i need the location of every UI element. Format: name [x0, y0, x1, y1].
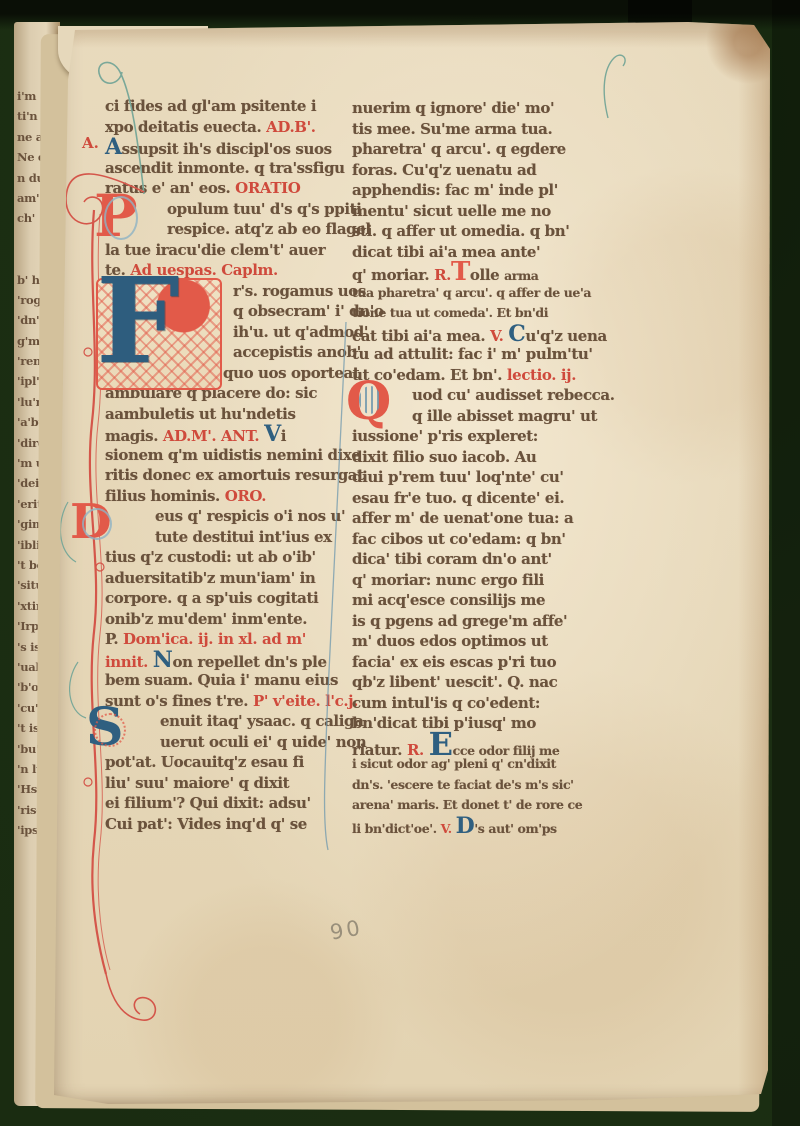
red-curl-dot [84, 348, 92, 356]
body-text: magis. [105, 427, 163, 445]
initial-letter: D [456, 813, 475, 839]
body-text: q' moriar: nunc ergo fili [352, 571, 544, 589]
body-text: enuit itaq' ysaac. q caliga [160, 712, 363, 730]
text-line: cum intul'is q co'edent: [352, 693, 608, 714]
rubric-text: V. [441, 821, 456, 836]
body-text: cat tibi ai'a mea. [352, 327, 490, 345]
body-text: eus q' respicis o'i nos u' [155, 507, 345, 525]
text-line: ei filium'? Qui dixit: adsu' [105, 793, 351, 814]
body-text: foras. Cu'q'z uenatu ad [352, 161, 536, 179]
body-text: uerut oculi ei' q uide' non [160, 733, 366, 751]
body-text: mentu' sicut uelle me no [352, 202, 551, 220]
margin-mark: A. [82, 134, 99, 152]
body-text: on repellet dn's ple [173, 653, 327, 671]
text-line: is q pgens ad grege'm affe' [352, 611, 608, 632]
body-text: dn's. 'escere te faciat de's m's sic' [352, 777, 574, 792]
red-curl-dot [96, 563, 104, 571]
text-line: aduersitatib'z mun'iam' in [105, 568, 351, 589]
rubric-text: P' v'eite. l'c.j. [253, 692, 358, 710]
body-text: q' moriar. [352, 266, 434, 284]
photo-background: i'mti'nne abNe co'n du'am'ch'b' ho''rogi… [0, 0, 800, 1126]
text-line: dixit filio suo iacob. Au [352, 447, 608, 468]
text-line: bem suam. Quia i' manu eius [105, 670, 351, 691]
body-text: ei filium'? Qui dixit: adsu' [105, 794, 311, 812]
text-line: tione tua ut comeda'. Et bn'di [352, 303, 608, 324]
body-text: mi acq'esce consilijs me [352, 591, 545, 609]
text-line: mentu' sicut uelle me no [352, 201, 608, 222]
text-line: qb'z libent' uescit'. Q. nac [352, 672, 608, 693]
rubric-text: V. [490, 327, 508, 345]
text-line: P. Dom'ica. ij. in xl. ad m' [105, 629, 351, 650]
text-line: foras. Cu'q'z uenatu ad [352, 160, 608, 181]
dropcap-s: S [86, 705, 136, 757]
body-text: accepistis anob' [233, 343, 361, 361]
body-text: facia' ex eis escas p'ri tuo [352, 653, 556, 671]
body-text: olle [470, 266, 504, 284]
text-line: cat tibi ai'a mea. V. Cu'q'z uena [352, 324, 608, 345]
text-line: filius hominis. ORO. [105, 486, 351, 507]
text-line: tius q'z custodi: ut ab o'ib' [105, 547, 351, 568]
text-line: dn's. 'escere te faciat de's m's sic' [352, 775, 608, 796]
text-line: innit. Non repellet dn's ple [105, 650, 351, 671]
body-text: i [281, 427, 286, 445]
text-line: nuerim q ignore' die' mo' [352, 98, 608, 119]
rubric-text: ORATIO [235, 179, 300, 197]
body-text: tua pharetra' q arcu'. q affer de ue'a [352, 285, 591, 300]
body-text: aambuletis ut hu'ndetis [105, 405, 296, 423]
manuscript-page: ci fides ad gl'am psitente ixpo deitatis… [48, 22, 772, 1104]
body-text: sionem q'm uidistis nemini dixe [105, 446, 361, 464]
text-line: magis. AD.M'. ANT. Vi [105, 424, 351, 445]
body-text: apphendis: fac m' inde pl' [352, 181, 558, 199]
text-line: aambuletis ut hu'ndetis [105, 404, 351, 425]
body-text: m' duos edos optimos ut [352, 632, 548, 650]
dropcap-letter: P [94, 190, 152, 242]
text-line: onib'z mu'dem' inm'ente. [105, 609, 351, 630]
text-line: xpo deitatis euecta. AD.B'. [105, 117, 351, 138]
body-text: is q pgens ad grege'm affe' [352, 612, 567, 630]
body-text: dicat tibi ai'a mea ante' [352, 243, 540, 261]
folio-number-pencil: 90 [328, 915, 364, 944]
body-text: respice. atq'z ab eo flagel [167, 220, 371, 238]
body-text: fac cibos ut co'edam: q bn' [352, 530, 566, 548]
text-line: m' duos edos optimos ut [352, 631, 608, 652]
text-line: ascendit inmonte. q tra'ssfigu [105, 158, 351, 179]
rubric-text: innit. [105, 653, 153, 671]
text-line: dica' tibi coram dn'o ant' [352, 549, 608, 570]
text-line: mi acq'esce consilijs me [352, 590, 608, 611]
body-text: bem suam. Quia i' manu eius [105, 671, 338, 689]
body-text: tione tua ut comeda'. Et bn'di [352, 305, 548, 320]
initial-letter: N [153, 647, 173, 673]
body-text: ci fides ad gl'am psitente i [105, 97, 316, 115]
dropcap-letter: Q [346, 379, 400, 425]
body-text: ssupsit ih's discipl'os suos [122, 140, 332, 158]
body-text: cum intul'is q co'edent: [352, 694, 540, 712]
text-line: diui p'rem tuu' loq'nte' cu' [352, 467, 608, 488]
body-text: filius hominis. [105, 487, 225, 505]
body-text: q ille abisset magru' ut [412, 407, 597, 425]
body-text: xpo deitatis euecta. [105, 118, 266, 136]
text-line: riatur. R. Ecce odor filij me [352, 734, 608, 755]
text-line: uerut oculi ei' q uide' non [105, 732, 351, 753]
dropcap-d: D [70, 500, 122, 548]
text-line: sunt o's fines t're. P' v'eite. l'c.j. [105, 691, 351, 712]
body-text: opulum tuu' d's q's ppiti [167, 200, 361, 218]
body-text: tis mee. Su'me arma tua. [352, 120, 552, 138]
text-line: tua pharetra' q arcu'. q affer de ue'a [352, 283, 608, 304]
dropcap-letter: D [70, 500, 122, 544]
body-text: li bn'dict'oe'. [352, 821, 441, 836]
initial-letter: V [264, 421, 281, 447]
text-line: Cui pat': Vides inq'd q' se [105, 814, 351, 835]
body-text: esau fr'e tuo. q dicente' ei. [352, 489, 564, 507]
background-right-shadow [772, 0, 800, 1126]
text-line: tute destitui int'ius ex [105, 527, 351, 548]
body-text: dica' tibi coram dn'o ant' [352, 550, 552, 568]
rubric-text: AD.M'. ANT. [163, 427, 264, 445]
body-text: aduersitatib'z mun'iam' in [105, 569, 315, 587]
dropcap-q: Q [346, 379, 400, 429]
body-text: 's aut' om'ps [474, 821, 556, 836]
body-text: dixit filio suo iacob. Au [352, 448, 536, 466]
body-text: uod cu' audisset rebecca. [412, 386, 615, 404]
body-text: tu ad attulit: fac i' m' pulm'tu' [352, 345, 593, 363]
dropcap-f: F [96, 278, 222, 390]
text-line: ci fides ad gl'am psitente i [105, 96, 351, 117]
body-text: u'q'z uena [525, 327, 606, 345]
body-text: arena' maris. Et donet t' de rore ce [352, 797, 582, 812]
body-text: i sicut odor ag' pleni q' cn'dixit [352, 756, 556, 771]
text-line: tu ad attulit: fac i' m' pulm'tu' [352, 344, 608, 365]
teal-curl-low [70, 662, 86, 718]
body-text: diui p'rem tuu' loq'nte' cu' [352, 468, 564, 486]
rubric-text: ORO. [225, 487, 266, 505]
text-line: pharetra' q arcu'. q egdere [352, 139, 608, 160]
text-line: esau fr'e tuo. q dicente' ei. [352, 488, 608, 509]
text-line: q' moriar. R.Tolle arma [352, 262, 608, 283]
text-line: Assupsit ih's discipl'os suos [105, 137, 351, 158]
body-text: qb'z libent' uescit'. Q. nac [352, 673, 557, 691]
red-bottom-loop [106, 974, 155, 1020]
text-line: sti. q affer ut omedia. q bn' [352, 221, 608, 242]
text-line: fac cibos ut co'edam: q bn' [352, 529, 608, 550]
text-line: li bn'dict'oe'. V. D's aut' om'ps [352, 816, 608, 837]
body-text: ascendit inmonte. q tra'ssfigu [105, 159, 345, 177]
text-line: enuit itaq' ysaac. q caliga [105, 711, 351, 732]
body-text: quo uos oporteat [223, 364, 359, 382]
text-line: corpore. q a sp'uis cogitati [105, 588, 351, 609]
text-line: i sicut odor ag' pleni q' cn'dixit [352, 754, 608, 775]
text-line: apphendis: fac m' inde pl' [352, 180, 608, 201]
red-curl-dot [84, 778, 92, 786]
dropcap-letter: F [96, 266, 180, 376]
rubric-text: R. [434, 266, 451, 284]
initial-letter: A [105, 134, 122, 160]
text-line: dicat tibi ai'a mea ante' [352, 242, 608, 263]
body-text: liu' suu' maiore' q dixit [105, 774, 289, 792]
dropcap-p: P [94, 190, 152, 248]
text-line: facia' ex eis escas p'ri tuo [352, 652, 608, 673]
body-text: ih'u. ut q'admod' [233, 323, 368, 341]
text-line: eus q' respicis o'i nos u' [105, 506, 351, 527]
text-line: tis mee. Su'me arma tua. [352, 119, 608, 140]
body-text: onib'z mu'dem' inm'ente. [105, 610, 307, 628]
body-text: tute destitui int'ius ex [155, 528, 332, 546]
dropcap-letter: S [86, 705, 136, 751]
text-line: affer m' de uenat'one tua: a [352, 508, 608, 529]
body-text: affer m' de uenat'one tua: a [352, 509, 573, 527]
body-text: Cui pat': Vides inq'd q' se [105, 815, 307, 833]
text-line: sionem q'm uidistis nemini dixe [105, 445, 351, 466]
body-text: corpore. q a sp'uis cogitati [105, 589, 318, 607]
column-right: nuerim q ignore' die' mo'tis mee. Su'me … [352, 98, 608, 836]
body-text: arma [504, 268, 538, 283]
body-text: sti. q affer ut omedia. q bn' [352, 222, 569, 240]
body-text: tius q'z custodi: ut ab o'ib' [105, 548, 316, 566]
body-text: r's. rogamus uos [233, 282, 366, 300]
text-line: pot'at. Uocauitq'z esau fi [105, 752, 351, 773]
initial-letter: C [508, 321, 525, 347]
text-line: q' moriar: nunc ergo fili [352, 570, 608, 591]
body-text: P. [105, 630, 123, 648]
body-text: nuerim q ignore' die' mo' [352, 99, 554, 117]
rubric-text: lectio. ij. [507, 366, 576, 384]
text-line: ritis donec ex amortuis resurgat [105, 465, 351, 486]
text-line: bn'dicat tibi p'iusq' mo [352, 713, 608, 734]
rubric-text: AD.B'. [266, 118, 315, 136]
rubric-text: Dom'ica. ij. in xl. ad m' [123, 630, 306, 648]
body-text: pharetra' q arcu'. q egdere [352, 140, 566, 158]
text-line: arena' maris. Et donet t' de rore ce [352, 795, 608, 816]
body-text: ritis donec ex amortuis resurgat [105, 466, 364, 484]
text-line: liu' suu' maiore' q dixit [105, 773, 351, 794]
